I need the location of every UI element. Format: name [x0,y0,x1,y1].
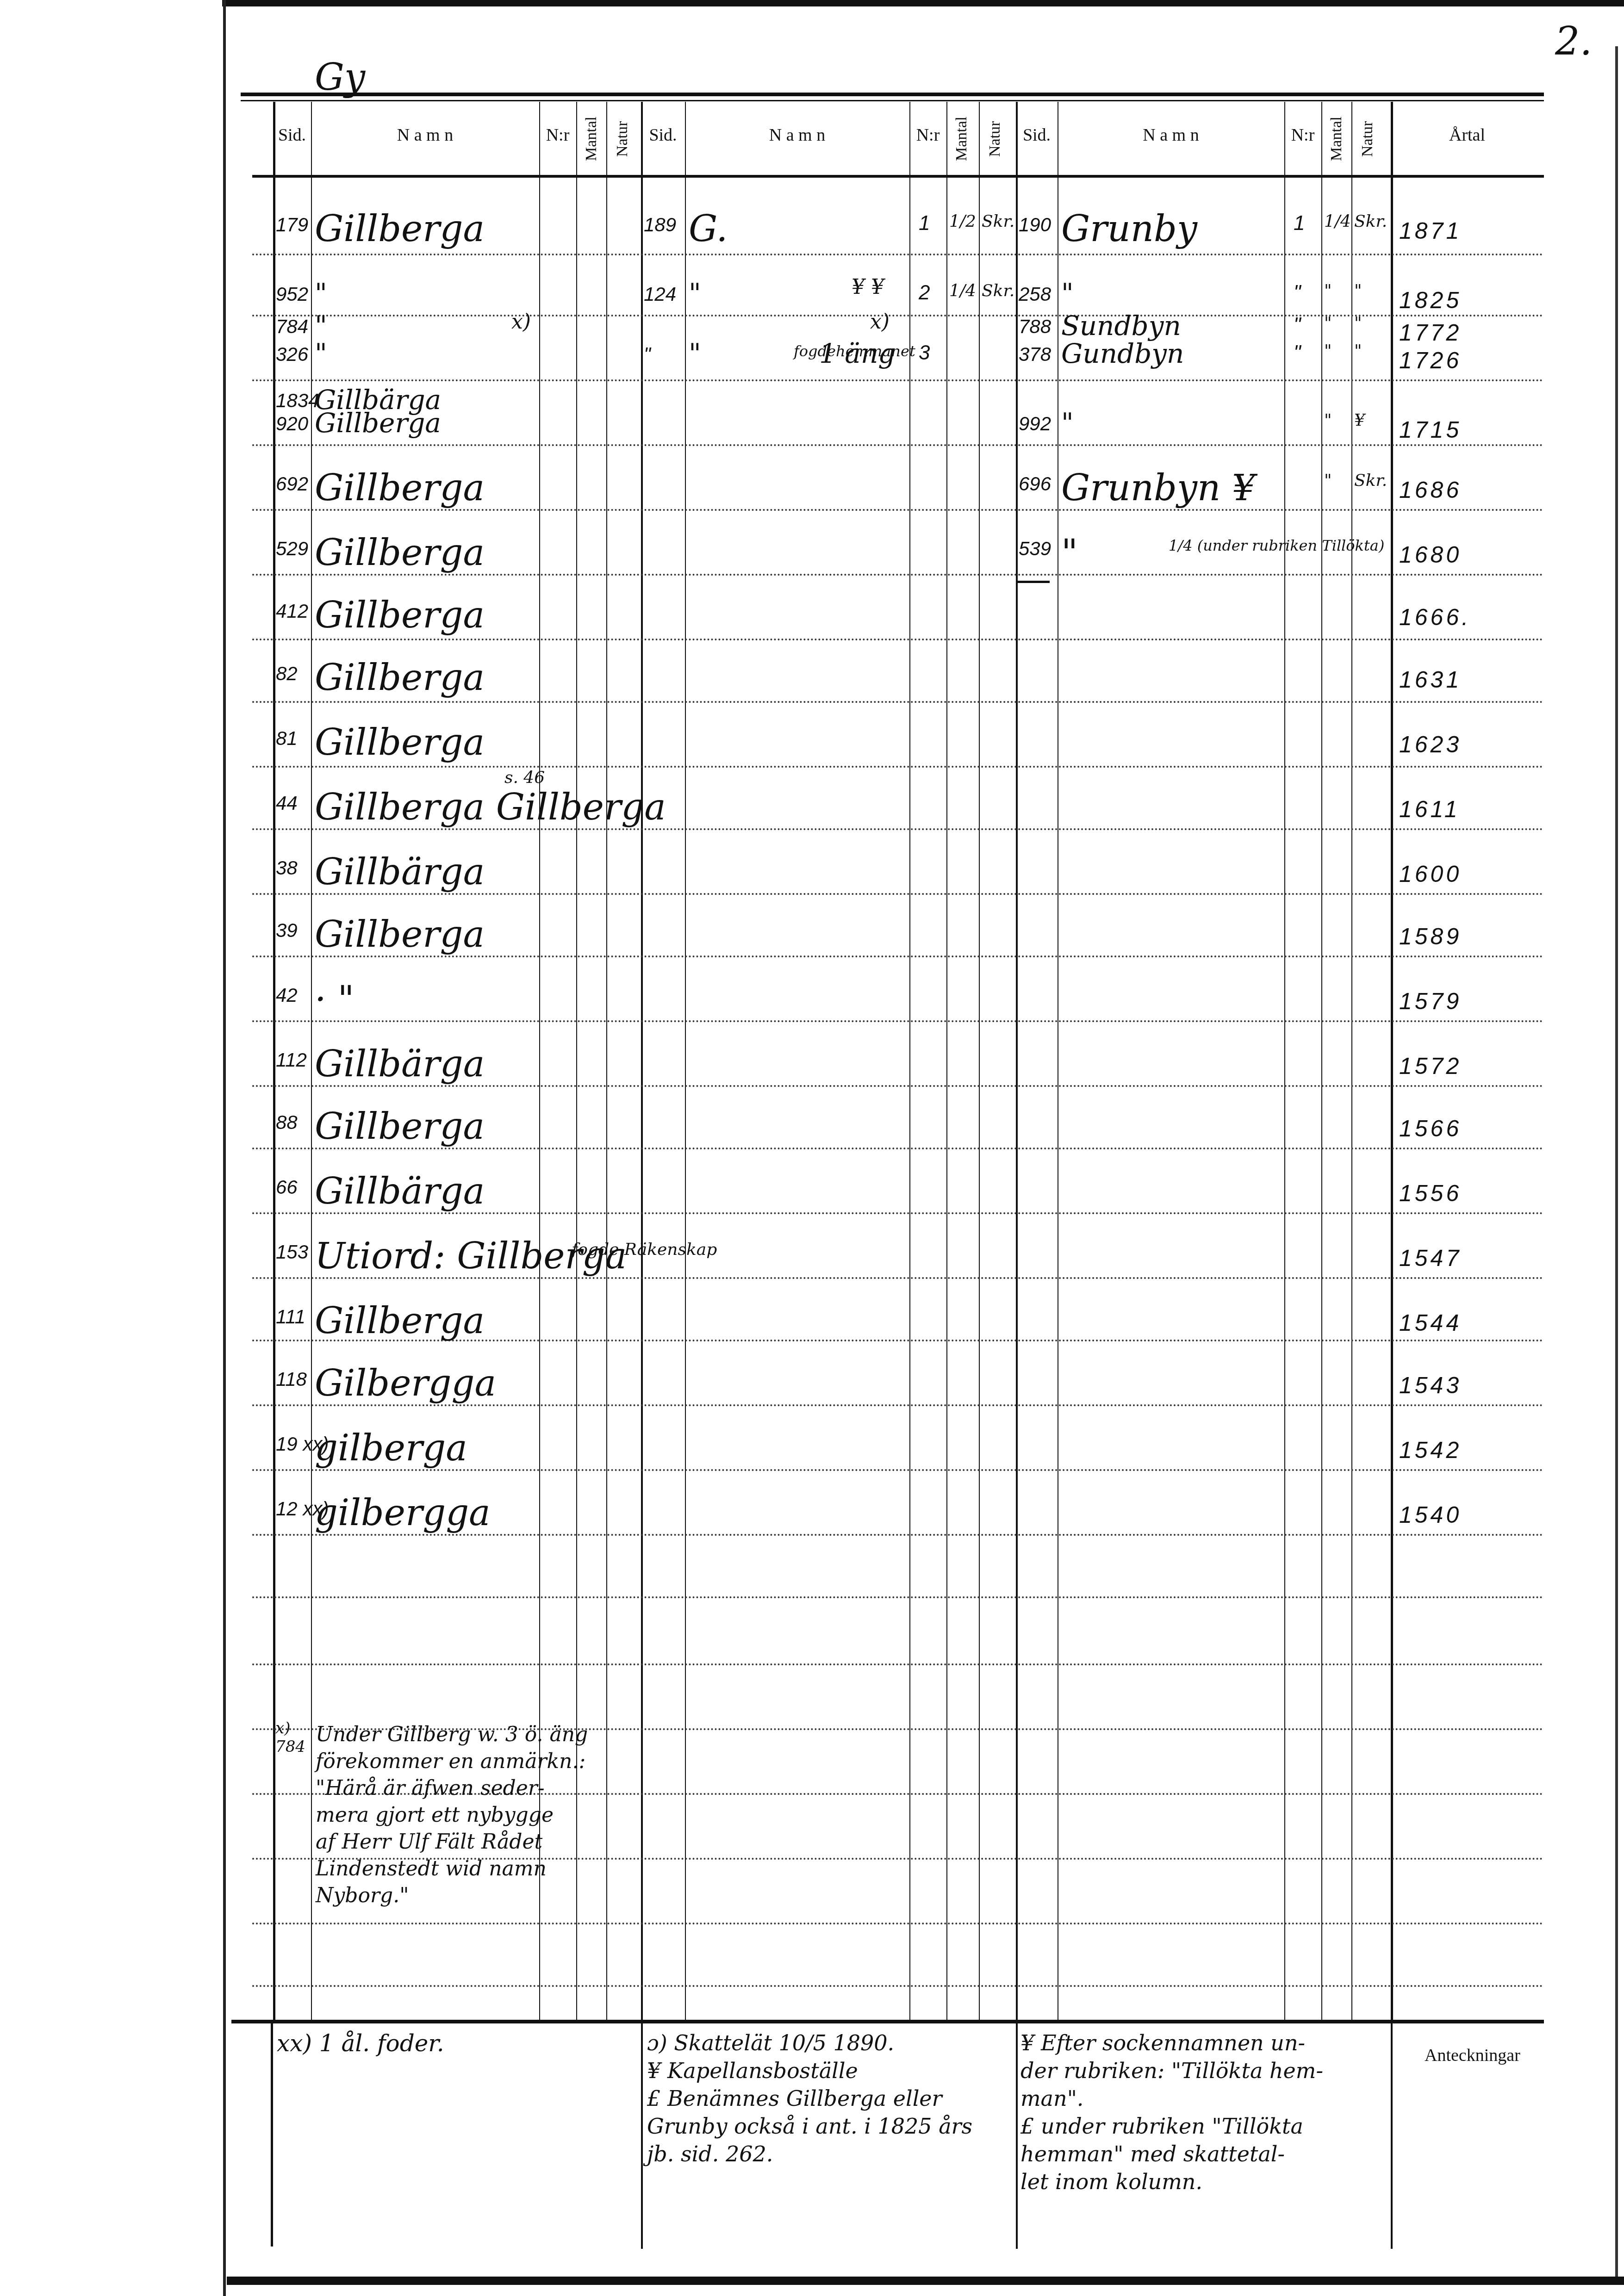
cell-namn: " [689,338,701,369]
header-top-rule-thin [241,100,1544,101]
cell-marks: ¥ ¥ [852,275,884,299]
cell-mantal: 1/4 (under rubriken Tillökta) [1169,537,1384,554]
header-top-rule [241,93,1544,96]
cell-natur: ¥ [1354,411,1365,430]
cell-sid: 529 [276,538,308,560]
row-rule [252,1985,1543,1987]
header-sid: Sid. [641,125,685,145]
column-rule [1016,102,1018,2020]
cell-sid: 258 [1019,283,1051,305]
cell-natur: Skr. [982,281,1014,300]
row-rule [252,1085,1543,1087]
column-rule [1284,102,1285,2020]
cell-namn: " [315,278,327,309]
row-rule [252,766,1543,768]
footnote-line: Under Gillberg w. 3 ö. äng [316,1721,667,1748]
cell-mantal: 1/4 [949,281,976,300]
cell-note-ref: x) [870,310,890,334]
cell-artal: 1544 [1399,1309,1462,1336]
cell-namn: Gillbärga [315,1043,485,1085]
cell-sid: 66 [276,1176,298,1198]
cell-namn: Gillberga [315,532,485,574]
cell-namn: Gilbergga [315,1363,496,1404]
cell-sid: 784 [276,316,308,338]
cell-sid: 44 [276,792,298,814]
header-bottom-rule [252,175,1544,178]
cell-artal: 1680 [1399,541,1462,568]
cell-artal: 1566 [1399,1115,1462,1142]
cell-namn: Sundbyn [1061,310,1181,341]
cell-namn: " [315,338,327,369]
cell-nr: 2 [919,281,930,304]
cell-sid: 189 [644,214,676,236]
scan-edge-right [1615,46,1618,2281]
header-mantal: Mantal [583,106,601,171]
footnote-line: "Härå är äfwen seder- [316,1775,667,1802]
cell-namn: gilbergga [315,1492,491,1534]
cell-artal: 1600 [1399,861,1462,887]
cell-namn: Gundbyn [1061,338,1184,369]
cell-mantal: " [1324,314,1332,333]
cell-namn: Gillbärga [315,1171,485,1212]
cell-sid: 112 [276,1049,307,1071]
cell-sid: 111 [276,1306,305,1328]
cell-mantal: " [1324,411,1332,430]
cell-sid: 39 [276,919,298,942]
header-nr: N:r [1284,125,1321,145]
cell-mantal: " [1324,281,1332,300]
cell-sid: 179 [276,214,308,236]
annotation-line: ¥ Efter sockennamnen un- [1020,2029,1388,2057]
cell-sid: 124 [644,283,676,305]
cell-artal: 1611 [1399,796,1460,823]
cell-namn: Gillberga [315,208,485,250]
cell-namn: Gillberga [315,595,485,636]
cell-sid: 153 [276,1241,308,1263]
cell-sid: " [644,343,651,366]
cell-nr: " [1294,314,1301,337]
footnote-x-ref: x) 784 [275,1719,308,1756]
cell-sid: 992 [1019,413,1051,435]
row-rule [252,828,1543,830]
row-rule [252,956,1543,957]
header-natur: Natur [1359,106,1377,171]
annotation-line: £ Benämnes Gillberga eller [647,2085,1013,2112]
cell-sid: 42 [276,984,298,1006]
row-rule [252,1469,1543,1471]
cell-sid: 952 [276,283,308,305]
annotation-col2: ɔ) Skattelät 10/5 1890. ¥ Kapellansbostä… [647,2029,1013,2168]
header-mantal: Mantal [953,106,971,171]
annotations-label: Anteckningar [1425,2045,1520,2066]
cell-natur: " [1354,281,1362,300]
cell-namn: Gillberga [315,407,441,439]
cell-nr: " [1294,341,1301,365]
annotations-divider [641,2020,643,2249]
row-rule [252,1923,1543,1924]
cell-artal: 1726 [1399,347,1462,374]
cell-namn: Gillberga [315,1106,485,1148]
header-sid: Sid. [1016,125,1058,145]
cell-artal: 1772 [1399,319,1462,346]
scan-edge-top [222,0,1624,6]
cell-artal: 1547 [1399,1245,1462,1272]
row-rule [252,1534,1543,1536]
cell-artal: 1572 [1399,1053,1462,1080]
cell-sid: 788 [1019,316,1051,338]
row-rule [252,509,1543,511]
cell-sid: 920 [276,413,308,435]
cell-mantal: " [1324,471,1332,490]
cell-sid: 190 [1019,214,1051,236]
cell-namn: Gillbärga [315,851,485,893]
annotations-divider [1016,2020,1018,2249]
cell-namn: " [1061,532,1078,574]
footnote-line: mera gjort ett nybygge [316,1802,667,1829]
cell-mantal: fogdehemmanet [794,342,915,360]
page-number: 2. [1555,19,1592,64]
cell-artal: 1579 [1399,988,1462,1015]
header-natur: Natur [986,106,1005,171]
annotation-line: let inom kolumn. [1020,2168,1388,2196]
cell-namn: G. [689,208,728,250]
cell-sid: 1834 [276,390,319,412]
cell-natur: Skr. [1354,212,1387,231]
annotation-line: ¥ Kapellansboställe [647,2057,1013,2085]
header-namn: N a m n [1058,125,1284,145]
column-rule [909,102,910,2020]
row-rule [252,1596,1543,1598]
annotation-line: hemman" med skattetal- [1020,2140,1388,2168]
column-rule [1351,102,1352,2020]
row-rule [252,574,1543,576]
row-rule [252,379,1543,381]
header-nr: N:r [909,125,946,145]
column-rule [946,102,947,2020]
cell-artal: 1871 [1399,217,1462,244]
cell-artal: 1623 [1399,731,1462,758]
scan-edge-bottom [227,2277,1624,2285]
row-rule [252,1212,1543,1214]
cell-natur: Skr. [1354,471,1387,490]
cell-natur: " [1354,341,1362,360]
cell-namn: Gillberga [315,914,485,956]
cell-artal: 1825 [1399,287,1462,314]
annotations-divider [271,2020,273,2246]
cell-sid: 692 [276,473,308,495]
annotations-divider [1391,2020,1393,2249]
cell-namn: Gillberga [315,722,485,763]
cell-nr: " [1294,281,1301,304]
header-mantal: Mantal [1328,106,1346,171]
scan-edge-left [223,0,226,2296]
cell-note-ref: x) [511,310,531,334]
cell-namn: " [315,310,327,341]
row-rule [252,1277,1543,1279]
annotation-col1: xx) 1 ål. foder. [277,2029,628,2058]
cell-nr: 1 [1294,212,1305,235]
row-rule [252,444,1543,446]
cell-artal: 1715 [1399,416,1462,443]
footnote-line: af Herr Ulf Fält Rådet [316,1829,667,1855]
cell-mantal: 1/4 [1324,212,1351,231]
sid-underline [1017,581,1050,583]
cell-sid: 81 [276,727,298,750]
annotation-line: man". [1020,2085,1388,2112]
column-rule [1321,102,1322,2020]
cell-sid: 696 [1019,473,1051,495]
cell-artal: 1686 [1399,477,1462,503]
header-sid: Sid. [273,125,311,145]
cell-namn: Gillberga Gillberga [315,787,666,828]
row-rule [252,639,1543,640]
cell-artal: 1542 [1399,1437,1462,1464]
cell-natur: " [1354,314,1362,333]
cell-mantal: " [1324,341,1332,360]
cell-superscript: s. 46 [504,768,545,787]
annotation-line: Grunby också i ant. i 1825 års [647,2112,1013,2140]
cell-nr: 1 [919,212,930,235]
row-rule [252,315,1543,316]
cell-artal: 1556 [1399,1180,1462,1207]
cell-mantal: 1/2 [949,212,976,231]
row-rule [252,1148,1543,1149]
header-namn: N a m n [685,125,909,145]
cell-namn: " [1061,407,1074,439]
cell-namn: Gillberga [315,1300,485,1342]
header-namn: N a m n [311,125,539,145]
cell-artal: 1540 [1399,1502,1462,1528]
cell-natur: Skr. [982,212,1014,231]
row-rule [252,254,1543,255]
cell-extra: fogde Räkenskap [572,1240,717,1259]
cell-sid: 88 [276,1111,298,1134]
register-page: 2. Gy Sid.N a m nN:rMantalNaturSid.N a m… [0,0,1624,2296]
column-rule [1058,102,1058,2020]
footnote-x-text: Under Gillberg w. 3 ö. äng förekommer en… [316,1721,667,1909]
annotation-line: ɔ) Skattelät 10/5 1890. [647,2029,1013,2057]
footnote-line: Lindenstedt wid namn [316,1855,667,1882]
cell-sid: 539 [1019,538,1051,560]
cell-namn: " [689,278,701,309]
cell-artal: 1631 [1399,666,1462,693]
cell-artal: 1589 [1399,923,1462,950]
cell-namn: Gillberga [315,467,485,509]
footnote-line: Nyborg." [316,1882,667,1909]
row-rule [252,1020,1543,1022]
cell-namn: gilberga [315,1427,467,1469]
cell-artal: 1666. [1399,604,1471,631]
cell-namn: Grunbyn ¥ [1061,467,1255,509]
cell-sid: 82 [276,663,298,685]
cell-namn: " [1061,278,1074,309]
cell-sid: 326 [276,343,308,366]
cell-sid: 412 [276,600,308,622]
footnote-line: förekommer en anmärkn.: [316,1748,667,1775]
annotation-line: xx) 1 ål. foder. [277,2029,628,2058]
cell-namn: Grunby [1061,208,1197,250]
cell-sid: 378 [1019,343,1051,366]
column-rule [1391,102,1393,2020]
header-nr: N:r [539,125,576,145]
cell-sid: 38 [276,857,298,879]
row-rule [252,701,1543,703]
column-rule [979,102,980,2020]
annotation-col3: ¥ Efter sockennamnen un- der rubriken: "… [1020,2029,1388,2196]
annotation-line: £ under rubriken "Tillökta [1020,2112,1388,2140]
cell-namn: Gillberga [315,657,485,699]
annotation-line: der rubriken: "Tillökta hem- [1020,2057,1388,2085]
annotation-line: jb. sid. 262. [647,2140,1013,2168]
header-natur: Natur [614,106,632,171]
header-artal: Årtal [1391,125,1543,145]
column-rule [685,102,686,2020]
cell-sid: 118 [276,1368,307,1390]
annotations-top-rule [231,2020,1544,2023]
cell-artal: 1543 [1399,1372,1462,1399]
row-rule [252,893,1543,895]
row-rule [252,1404,1543,1406]
row-rule [252,1663,1543,1665]
cell-nr: 3 [919,341,930,365]
cell-namn: · " [315,979,354,1020]
